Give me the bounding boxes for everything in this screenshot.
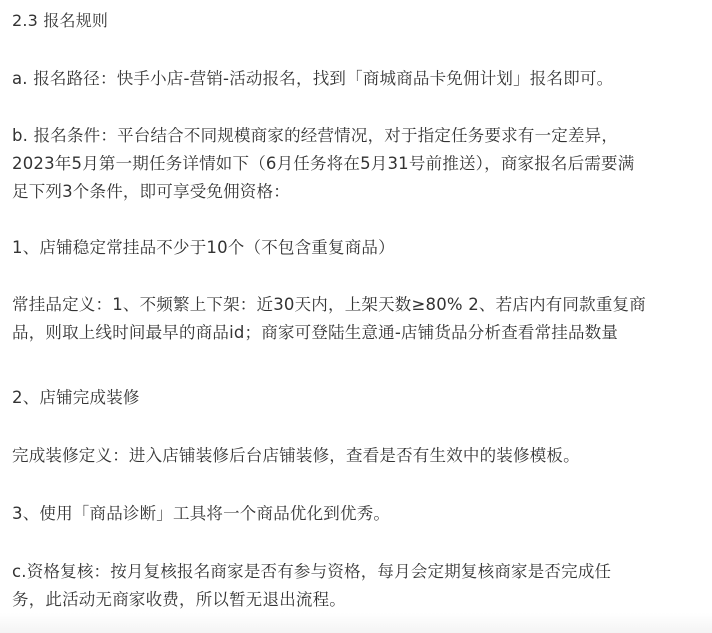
condition-item-3: 3、使用「商品诊断」工具将一个商品优化到优秀。	[12, 504, 390, 524]
qualification-review-line-2: 务，此活动无商家收费，所以暂无退出流程。	[12, 590, 346, 610]
condition-item-1-definition-line-2: 品，则取上线时间最早的商品id；商家可登陆生意通-店铺货品分析查看常挂品数量	[12, 323, 618, 343]
condition-item-1: 1、店铺稳定常挂品不少于10个（不包含重复商品）	[12, 238, 395, 258]
registration-conditions-line-1: b. 报名条件：平台结合不同规模商家的经营情况，对于指定任务要求有一定差异，	[12, 126, 618, 146]
condition-item-2-definition: 完成装修定义：进入店铺装修后台店铺装修，查看是否有生效中的装修模板。	[12, 446, 580, 466]
registration-path-paragraph: a. 报名路径：快手小店-营销-活动报名，找到「商城商品卡免佣计划」报名即可。	[12, 69, 613, 89]
registration-conditions-line-2: 2023年5月第一期任务详情如下（6月任务将在5月31号前推送），商家报名后需要…	[12, 154, 634, 174]
condition-item-2: 2、店铺完成装修	[12, 388, 140, 408]
qualification-review-line-1: c.资格复核：按月复核报名商家是否有参与资格，每月会定期复核商家是否完成任	[12, 562, 611, 582]
condition-item-1-definition-line-1: 常挂品定义：1、不频繁上下架：近30天内，上架天数≥80% 2、若店内有同款重复…	[12, 295, 646, 315]
section-title: 2.3 报名规则	[12, 11, 108, 31]
registration-conditions-line-3: 足下列3个条件，即可享受免佣资格：	[12, 182, 290, 202]
bottom-edge-shadow	[0, 613, 712, 633]
